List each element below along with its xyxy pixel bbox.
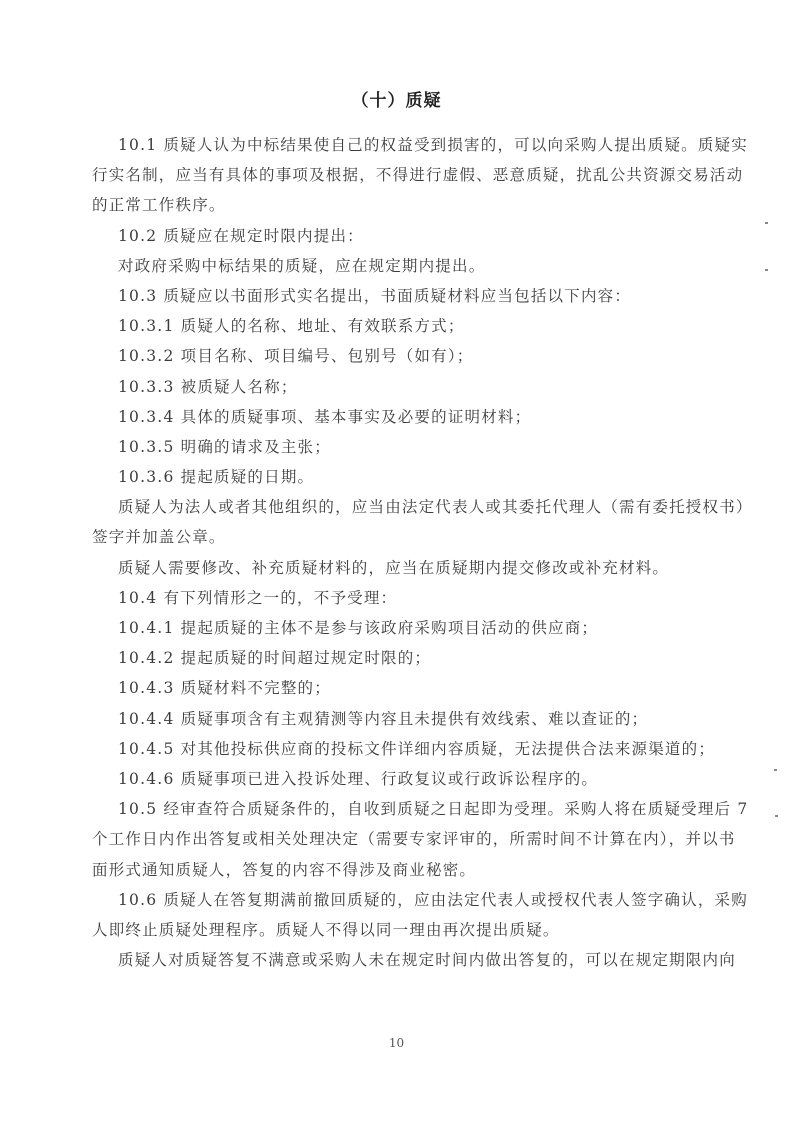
text-line: 10.3.5 明确的请求及主张； [92,432,716,462]
text-line: 10.3 质疑应以书面形式实名提出，书面质疑材料应当包括以下内容： [92,281,716,311]
text-line: 的正常工作秩序。 [92,190,716,220]
text-line: 10.4.5 对其他投标供应商的投标文件详细内容质疑，无法提供合法来源渠道的； [92,734,716,764]
text-line: 对政府采购中标结果的质疑，应在规定期内提出。 [92,251,716,281]
text-line: 10.4.3 质疑材料不完整的； [92,673,716,703]
text-line: 10.5 经审查符合质疑条件的，自收到质疑之日起即为受理。采购人将在质疑受理后 … [92,794,716,824]
section-heading: （十）质疑 [0,86,793,111]
margin-mark [775,815,778,817]
text-line: 行实名制，应当有具体的事项及根据，不得进行虚假、恶意质疑，扰乱公共资源交易活动 [92,160,716,190]
text-line: 10.4.1 提起质疑的主体不是参与该政府采购项目活动的供应商； [92,613,716,643]
margin-mark [765,269,768,271]
text-line: 10.4.6 质疑事项已进入投诉处理、行政复议或行政诉讼程序的。 [92,764,716,794]
document-body: 10.1 质疑人认为中标结果使自己的权益受到损害的，可以向采购人提出质疑。质疑实… [92,130,716,975]
page-number: 10 [0,1036,793,1050]
margin-mark [765,222,768,224]
document-page: （十）质疑 10.1 质疑人认为中标结果使自己的权益受到损害的，可以向采购人提出… [0,0,793,1122]
margin-mark [774,769,777,771]
text-line: 质疑人为法人或者其他组织的，应当由法定代表人或其委托代理人（需有委托授权书） [92,492,716,522]
text-line: 10.3.4 具体的质疑事项、基本事实及必要的证明材料； [92,402,716,432]
text-line: 个工作日内作出答复或相关处理决定（需要专家评审的，所需时间不计算在内），并以书 [92,824,716,854]
text-line: 10.3.6 提起质疑的日期。 [92,462,716,492]
text-line: 10.4.2 提起质疑的时间超过规定时限的； [92,643,716,673]
text-line: 10.4.4 质疑事项含有主观猜测等内容且未提供有效线索、难以查证的； [92,704,716,734]
text-line: 10.3.2 项目名称、项目编号、包别号（如有）； [92,341,716,371]
text-line: 10.2 质疑应在规定时限内提出： [92,221,716,251]
text-line: 签字并加盖公章。 [92,522,716,552]
text-line: 质疑人对质疑答复不满意或采购人未在规定时间内做出答复的，可以在规定期限内向 [92,945,716,975]
text-line: 面形式通知质疑人，答复的内容不得涉及商业秘密。 [92,855,716,885]
text-line: 10.3.1 质疑人的名称、地址、有效联系方式； [92,311,716,341]
text-line: 10.6 质疑人在答复期满前撤回质疑的，应由法定代表人或授权代表人签字确认，采购 [92,885,716,915]
text-line: 10.4 有下列情形之一的，不予受理： [92,583,716,613]
text-line: 10.1 质疑人认为中标结果使自己的权益受到损害的，可以向采购人提出质疑。质疑实 [92,130,716,160]
text-line: 质疑人需要修改、补充质疑材料的，应当在质疑期内提交修改或补充材料。 [92,553,716,583]
text-line: 人即终止质疑处理程序。质疑人不得以同一理由再次提出质疑。 [92,915,716,945]
text-line: 10.3.3 被质疑人名称； [92,372,716,402]
